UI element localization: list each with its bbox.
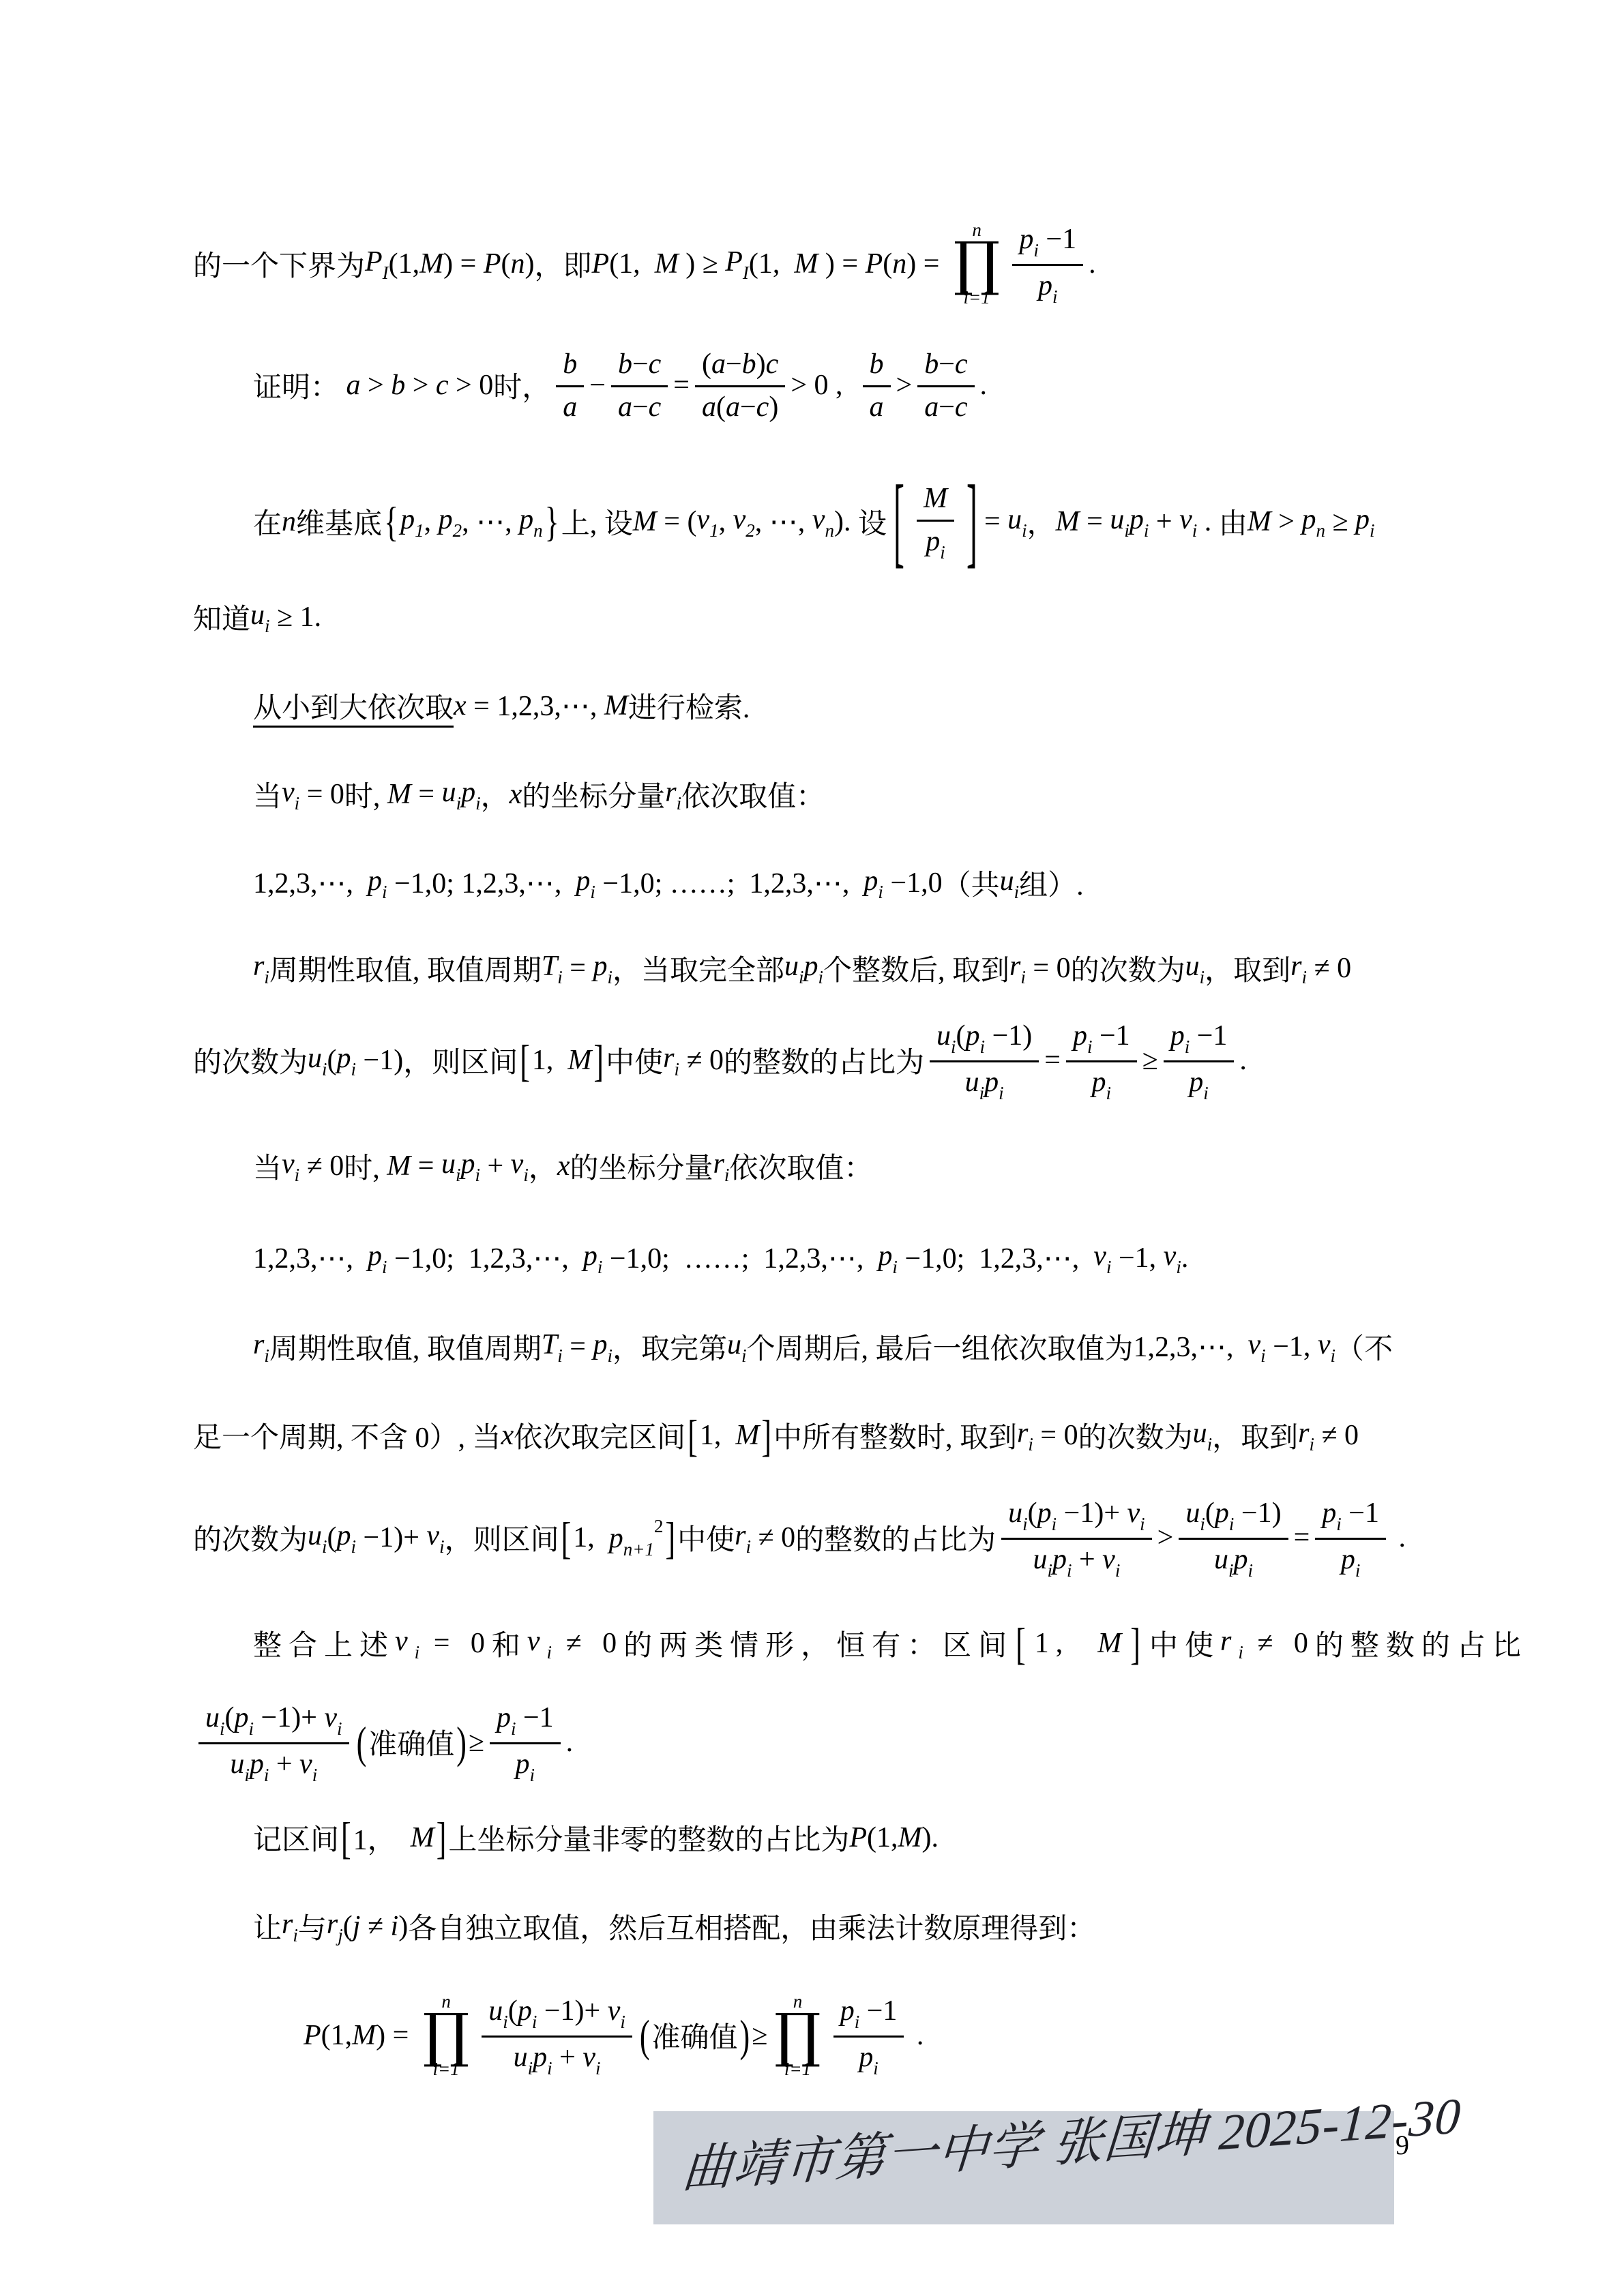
cjk-text: 周期性取值, 取值周期 <box>269 1326 542 1367</box>
cjk-text: 由 <box>1219 501 1247 542</box>
math-run: vi <box>1102 1544 1120 1575</box>
subscript: i <box>1200 1514 1205 1534</box>
math-run: pi <box>583 1240 603 1277</box>
text-line-1: 的一个下界为PI(1,M) = P(n)，即P(1, M ) ≥ PI(1, M… <box>193 196 1096 332</box>
bracket: ] <box>761 1410 771 1462</box>
subscript: i <box>265 616 270 636</box>
math-run: ≠ 0 <box>1243 1627 1315 1660</box>
superscript: 2 <box>654 1516 664 1536</box>
cjk-text: 的一个下界为 <box>193 243 365 284</box>
bracket: [ <box>341 1812 351 1864</box>
cjk-text: 和 <box>492 1623 527 1664</box>
math-run: −1 <box>859 1995 897 2027</box>
math-run: M <box>655 248 679 280</box>
text-line-12: ri周期性取值, 取值周期Ti = pi，取完第ui个周期后, 最后一组依次取值… <box>253 1302 1393 1391</box>
math-run: ) <box>756 348 766 380</box>
math-run: −1, <box>1266 1330 1318 1363</box>
page-number: 9 <box>1396 2129 1409 2161</box>
math-fraction: pi −1pi <box>833 1994 904 2078</box>
cjk-text: 中所有整数时, 取到 <box>773 1415 1017 1456</box>
math-run: ) <box>525 248 535 280</box>
math-run: + <box>552 2042 583 2073</box>
subscript: i <box>951 1037 956 1057</box>
subscript: n+1 <box>623 1539 654 1560</box>
math-run: vi <box>1127 1497 1145 1529</box>
math-run: c <box>436 369 449 402</box>
cjk-text: 中使 <box>677 1517 735 1558</box>
math-run: pi <box>337 1519 357 1556</box>
math-run: P <box>484 248 501 280</box>
subscript: i <box>724 1165 730 1185</box>
subscript: i <box>1260 1345 1266 1366</box>
math-run: vi <box>1164 1240 1181 1277</box>
cjk-text: 依次取值： <box>681 774 825 815</box>
math-run: vi <box>426 1519 444 1556</box>
math-run: ≥ 1. <box>270 601 322 633</box>
math-run: −1,0; 1,2,3,⋯, <box>898 1241 1093 1275</box>
bracket: [ <box>520 1034 530 1087</box>
subscript: i <box>322 1536 327 1557</box>
math-run: ui <box>936 1020 956 1052</box>
math-run: M <box>735 1419 759 1452</box>
subscript: i <box>244 1765 250 1785</box>
cjk-text: 的坐标分量 <box>570 1146 713 1187</box>
math-run: ui <box>488 1995 508 2027</box>
math-run: ≠ 0 <box>1314 1419 1359 1452</box>
subscript: i <box>892 1257 898 1277</box>
subscript: i <box>1033 240 1039 260</box>
subscript: i <box>1200 967 1205 987</box>
math-run: a <box>702 391 716 423</box>
subscript: i <box>1106 1083 1112 1103</box>
cjk-text: 准确值 <box>652 2015 738 2056</box>
subscript: i <box>620 2012 625 2032</box>
cjk-text: ，取到 <box>1205 948 1290 989</box>
subscript: i <box>1176 1257 1181 1277</box>
math-run: pi <box>859 2042 879 2073</box>
subscript: i <box>249 1718 254 1739</box>
signature-photo-strip: 曲靖市第一中学 张国坤 2025-12-30 <box>653 2111 1394 2224</box>
math-run: . <box>1391 1521 1406 1554</box>
text-line-7: 1,2,3,⋯, pi −1,0; 1,2,3,⋯, pi −1,0; ……; … <box>253 839 1084 927</box>
math-run: p1 <box>400 503 424 540</box>
math-run: . <box>1089 248 1096 280</box>
math-run: −1,0; ……; 1,2,3,⋯, <box>595 866 864 900</box>
math-run: ). <box>834 505 851 538</box>
subscript: i <box>475 793 481 814</box>
math-run: . <box>909 2019 924 2052</box>
math-run: ui <box>1214 1544 1234 1575</box>
cjk-text: 的两类情形，恒有：区间 <box>623 1623 1014 1664</box>
math-run: pi <box>1215 1497 1235 1529</box>
text-line-14: 的次数为ui(pi −1)+ vi，则区间[1, pn+12]中使ri ≠ 0的… <box>193 1473 1406 1602</box>
math-run: ( <box>501 248 511 280</box>
math-run: ≠ <box>360 1910 390 1943</box>
subscript: i <box>351 1059 357 1079</box>
product-lower-limit: i=1 <box>432 2060 459 2078</box>
text-line-13: 足一个周期, 不含 0）, 当x依次取完区间[1, M]中所有整数时, 取到ri… <box>193 1391 1359 1480</box>
math-run: ui <box>1033 1544 1052 1575</box>
cjk-text: ，当取完全部 <box>612 948 784 989</box>
math-run: pi <box>1092 1067 1112 1098</box>
math-run: (1, <box>867 1821 898 1854</box>
math-run: rj <box>327 1908 343 1945</box>
math-run: pn <box>1301 503 1325 540</box>
math-run: ) = <box>443 248 484 280</box>
math-run: ≥ <box>1142 1044 1158 1077</box>
math-run: vi <box>282 776 299 813</box>
math-run: v2 <box>733 503 755 540</box>
math-run: pi <box>337 1042 357 1079</box>
product-symbol: ∏ <box>774 2012 821 2060</box>
cjk-text: 维基底 <box>296 501 382 542</box>
cjk-text: 设 <box>851 501 887 542</box>
cjk-text: ，即 <box>535 243 592 284</box>
document-page: 的一个下界为PI(1,M) = P(n)，即P(1, M ) ≥ PI(1, M… <box>0 0 1624 2296</box>
math-run: = <box>1080 505 1110 538</box>
math-run: P <box>304 2019 321 2052</box>
product-operator: n∏i=1 <box>954 220 1000 308</box>
math-run: − <box>589 369 606 402</box>
math-fraction: (a−b)ca(a−c) <box>695 347 785 423</box>
math-run: pi <box>966 1020 986 1052</box>
math-run: ui <box>308 1042 327 1079</box>
math-run: vi <box>608 1995 625 2027</box>
cjk-text: 当 <box>253 1146 282 1187</box>
math-run: ( <box>508 1995 518 2027</box>
math-run: 1, <box>573 1521 609 1554</box>
math-run: M <box>1056 505 1080 538</box>
subscript: i <box>337 1718 342 1739</box>
cjk-text: （不 <box>1335 1326 1393 1367</box>
math-run: M <box>898 1821 922 1854</box>
math-run: n <box>892 248 906 280</box>
math-run: v1 <box>696 503 718 540</box>
math-run: ri <box>282 1908 298 1945</box>
math-fraction: ba <box>863 347 891 423</box>
math-run: PI <box>365 245 389 282</box>
math-run: > <box>1157 1521 1174 1554</box>
math-run: ≥ <box>469 1726 484 1759</box>
math-run: PI <box>725 245 749 282</box>
subscript: i <box>351 1536 357 1557</box>
math-run: ) <box>398 1910 408 1943</box>
math-run: M <box>352 2019 376 2052</box>
cjk-text: 整合上述 <box>253 1623 395 1664</box>
text-line-19: P(1,M) = n∏i=1ui(pi −1)+ viuipi + vi(准确值… <box>304 1960 924 2111</box>
math-run: ( <box>956 1020 966 1052</box>
product-operator: n∏i=1 <box>774 1992 821 2080</box>
math-run: p2 <box>439 503 462 540</box>
math-fraction: Mpi <box>917 481 954 561</box>
subscript: i <box>1336 1514 1342 1534</box>
math-run: b <box>924 348 939 380</box>
math-fraction: pi −1pi <box>1066 1019 1137 1103</box>
math-run: Ti <box>542 950 563 987</box>
math-run: M <box>419 248 443 280</box>
math-run: vi <box>1179 503 1197 540</box>
math-run: pi <box>1038 270 1058 301</box>
math-run: −1) <box>1234 1497 1281 1529</box>
cjk-text: 进行检索. <box>628 685 750 726</box>
math-run: ( <box>1028 1497 1037 1529</box>
math-run: pi <box>1073 1020 1093 1052</box>
math-fraction: ui(pi −1)uipi <box>1179 1496 1288 1580</box>
bracket: ] <box>1130 1617 1147 1670</box>
math-run: x <box>501 1419 514 1452</box>
math-run: pi <box>1170 1020 1190 1052</box>
text-line-6: 当vi = 0时, M = uipi，x的坐标分量ri依次取值： <box>253 750 825 839</box>
math-run: ≠ 0 <box>552 1627 623 1660</box>
math-run: ) = <box>906 248 947 280</box>
subscript: i <box>1144 520 1149 541</box>
subscript: i <box>980 1037 986 1057</box>
math-run: a <box>346 369 361 402</box>
cjk-text: 上, 设 <box>561 501 633 542</box>
math-run: pi <box>533 2042 552 2073</box>
cjk-text: 在 <box>253 501 282 542</box>
subscript: I <box>743 263 749 283</box>
subscript: i <box>264 1345 269 1366</box>
bracket: ( <box>357 1716 367 1769</box>
text-line-2: 证明： a > b > c > 0时，ba−b−ca−c=(a−b)ca(a−c… <box>253 320 987 450</box>
math-run: − <box>632 348 649 380</box>
math-run: −1)+ <box>356 1521 426 1554</box>
math-run: j <box>353 1910 361 1943</box>
math-fraction: ui(pi −1)+ viuipi + vi <box>198 1701 349 1785</box>
cjk-text: ，则区间 <box>445 1517 559 1558</box>
product-operator: n∏i=1 <box>423 1992 469 2080</box>
math-run: ≥ <box>1325 505 1355 538</box>
subscript: i <box>979 1083 985 1103</box>
subscript: i <box>1028 1434 1033 1455</box>
subscript: 2 <box>453 520 462 541</box>
subscript: i <box>878 882 883 902</box>
cjk-text: 的次数为 <box>193 1517 308 1558</box>
cjk-text: 证明： <box>253 365 346 406</box>
math-run: . <box>980 369 988 402</box>
math-run: x <box>557 1150 570 1182</box>
subscript: i <box>528 2058 533 2078</box>
math-run: − <box>632 391 649 423</box>
text-line-16: ui(pi −1)+ viuipi + vi(准确值)≥pi −1pi. <box>193 1678 573 1807</box>
cjk-text: 组）. <box>1019 863 1084 904</box>
math-run: ri <box>1290 950 1307 987</box>
cjk-text: ，则区间 <box>403 1040 518 1081</box>
math-run: . <box>566 1726 574 1759</box>
math-run: ( <box>883 248 892 280</box>
product-lower-limit: i=1 <box>964 288 990 307</box>
subscript: i <box>547 2058 552 2078</box>
cjk-text: 让 <box>253 1906 282 1947</box>
subscript: i <box>1022 1514 1028 1534</box>
text-line-15: 整合上述vi = 0和vi ≠ 0的两类情形，恒有：区间[1, M]中使ri ≠… <box>253 1599 1528 1688</box>
math-fraction: b−ca−c <box>611 347 668 423</box>
math-run: + <box>1072 1544 1102 1575</box>
math-run: P <box>866 248 883 280</box>
math-fraction: ba <box>556 347 584 423</box>
subscript: i <box>264 967 269 987</box>
subscript: i <box>999 1083 1004 1103</box>
cjk-text: 记区间 <box>253 1817 339 1858</box>
math-run: ri <box>1298 1417 1314 1454</box>
cjk-text: 依次取完区间 <box>514 1415 685 1456</box>
math-run: ui <box>1000 865 1020 901</box>
cjk-text: 与 <box>298 1906 327 1947</box>
math-run: a <box>563 391 577 423</box>
math-run: = 1,2,3,⋯, <box>467 689 604 723</box>
subscript: i <box>1203 1083 1209 1103</box>
cjk-text: 中使 <box>1149 1623 1220 1664</box>
math-run: . <box>1239 1044 1247 1077</box>
subscript: i <box>1370 520 1375 541</box>
product-lower-limit: i=1 <box>784 2060 811 2078</box>
subscript: i <box>439 1536 445 1557</box>
math-run: > 0 <box>449 369 494 402</box>
subscript: i <box>873 2058 879 2078</box>
math-fraction: ui(pi −1)+ viuipi + vi <box>1001 1496 1152 1580</box>
math-run: pi <box>461 776 481 813</box>
math-run: M <box>411 1821 434 1854</box>
math-run: vi <box>299 1748 317 1780</box>
math-run: b <box>870 348 884 380</box>
subscript: j <box>338 1925 343 1945</box>
subscript: i <box>674 1059 679 1079</box>
math-run: ( <box>327 1521 337 1554</box>
math-run: vi <box>511 1148 529 1184</box>
subscript: i <box>530 1765 535 1785</box>
cjk-text: 上坐标分量非零的整数的占比为 <box>448 1817 849 1858</box>
subscript: i <box>1207 1434 1213 1455</box>
math-run: P <box>592 248 610 280</box>
math-run: + <box>1149 505 1179 538</box>
math-run: = <box>563 1330 593 1363</box>
cjk-text: 的整数的占比为 <box>795 1517 996 1558</box>
subscript: i <box>818 967 824 987</box>
math-run: pn+12 <box>609 1517 664 1559</box>
math-run: ). <box>922 1821 939 1854</box>
math-run: ri <box>713 1148 730 1184</box>
math-run: = 0 <box>1026 952 1071 985</box>
math-run: pi <box>593 950 612 987</box>
math-run: pi <box>1355 503 1375 540</box>
subscript: i <box>1022 520 1027 541</box>
math-run: −1)+ <box>1057 1497 1127 1529</box>
subscript: n <box>533 520 543 541</box>
math-run: −1) <box>985 1020 1032 1052</box>
subscript: i <box>312 1765 318 1785</box>
math-run: a <box>618 391 632 423</box>
subscript: i <box>293 1925 298 1945</box>
subscript: i <box>1124 520 1130 541</box>
math-run: ( <box>1205 1497 1215 1529</box>
math-run: x <box>454 689 467 722</box>
cjk-text: 知道 <box>193 597 250 638</box>
math-run: pi <box>926 526 945 557</box>
math-run: c <box>756 391 769 423</box>
math-run: M <box>924 483 947 514</box>
subscript: i <box>1355 1560 1361 1581</box>
math-run: c <box>955 348 968 380</box>
math-run: vi <box>282 1148 299 1184</box>
subscript: i <box>1192 520 1198 541</box>
cjk-text: 中使 <box>606 1040 663 1081</box>
math-run: M <box>794 248 818 280</box>
math-run: pi <box>878 1240 898 1277</box>
math-run: pn <box>519 503 543 540</box>
subscript: i <box>1238 1642 1243 1663</box>
cjk-text: 从小到大依次取 <box>253 685 454 726</box>
math-run: −1,0; 1,2,3,⋯, <box>387 1241 583 1275</box>
cjk-text: 周期性取值, 取值周期 <box>269 948 542 989</box>
math-run: M <box>1097 1627 1128 1660</box>
bracket: [ <box>1016 1617 1033 1670</box>
math-run: vi <box>395 1625 419 1662</box>
bracket: [ <box>561 1512 572 1564</box>
math-run: = <box>411 1150 441 1182</box>
math-run: ui <box>1185 950 1205 987</box>
math-run: ui <box>1185 1497 1205 1529</box>
math-run: ui <box>727 1328 747 1365</box>
subscript: i <box>523 1165 529 1185</box>
math-run: ui <box>1193 1417 1213 1454</box>
product-symbol: ∏ <box>423 2012 469 2060</box>
math-run: M <box>604 689 628 722</box>
math-run: ui <box>230 1748 250 1780</box>
math-run: = <box>984 505 1007 538</box>
math-run: ≥ <box>752 2019 767 2052</box>
math-run: n <box>511 248 525 280</box>
math-run: 1,2,3,⋯, <box>253 1241 368 1275</box>
subscript: i <box>220 1718 225 1739</box>
math-fraction: pi −1pi <box>1164 1019 1235 1103</box>
subscript: I <box>383 263 389 283</box>
math-run: 1,2,3,⋯, <box>253 866 368 900</box>
math-run: vi <box>324 1702 342 1733</box>
math-run: 1, <box>532 1044 568 1077</box>
math-run: . <box>1197 505 1219 538</box>
cjk-text: 准确值 <box>368 1722 454 1763</box>
bracket: { <box>384 497 398 546</box>
math-run: pi <box>984 1067 1004 1098</box>
math-run: pi <box>1037 1497 1057 1529</box>
math-run: vi <box>1248 1328 1266 1365</box>
math-run: ≠ 0 <box>1307 952 1351 985</box>
math-run: ri <box>1220 1625 1243 1662</box>
cjk-text: 的次数为 <box>1078 1415 1193 1456</box>
math-run: M <box>387 778 411 811</box>
math-run: pi <box>460 1148 480 1184</box>
subscript: i <box>1302 967 1308 987</box>
math-run: ui <box>784 950 804 987</box>
math-run: pi <box>576 865 595 901</box>
math-run: . <box>1181 1242 1189 1274</box>
math-run: pi <box>368 865 387 901</box>
math-run: ri <box>253 950 269 987</box>
math-run: 1,2,3,⋯, <box>1134 1330 1248 1364</box>
subscript: i <box>456 793 462 814</box>
math-run: b <box>618 348 632 380</box>
math-run: −1 <box>1092 1020 1130 1052</box>
math-run: + <box>480 1150 511 1182</box>
subscript: i <box>1020 967 1026 987</box>
math-run: −1)+ <box>537 1995 607 2027</box>
math-run: ≠ 0 <box>299 1150 344 1182</box>
cjk-text: ，取到 <box>1212 1415 1298 1456</box>
math-run: 1， <box>353 1817 411 1858</box>
math-run: ri <box>1009 950 1026 987</box>
cjk-text: 时, <box>344 1146 387 1187</box>
